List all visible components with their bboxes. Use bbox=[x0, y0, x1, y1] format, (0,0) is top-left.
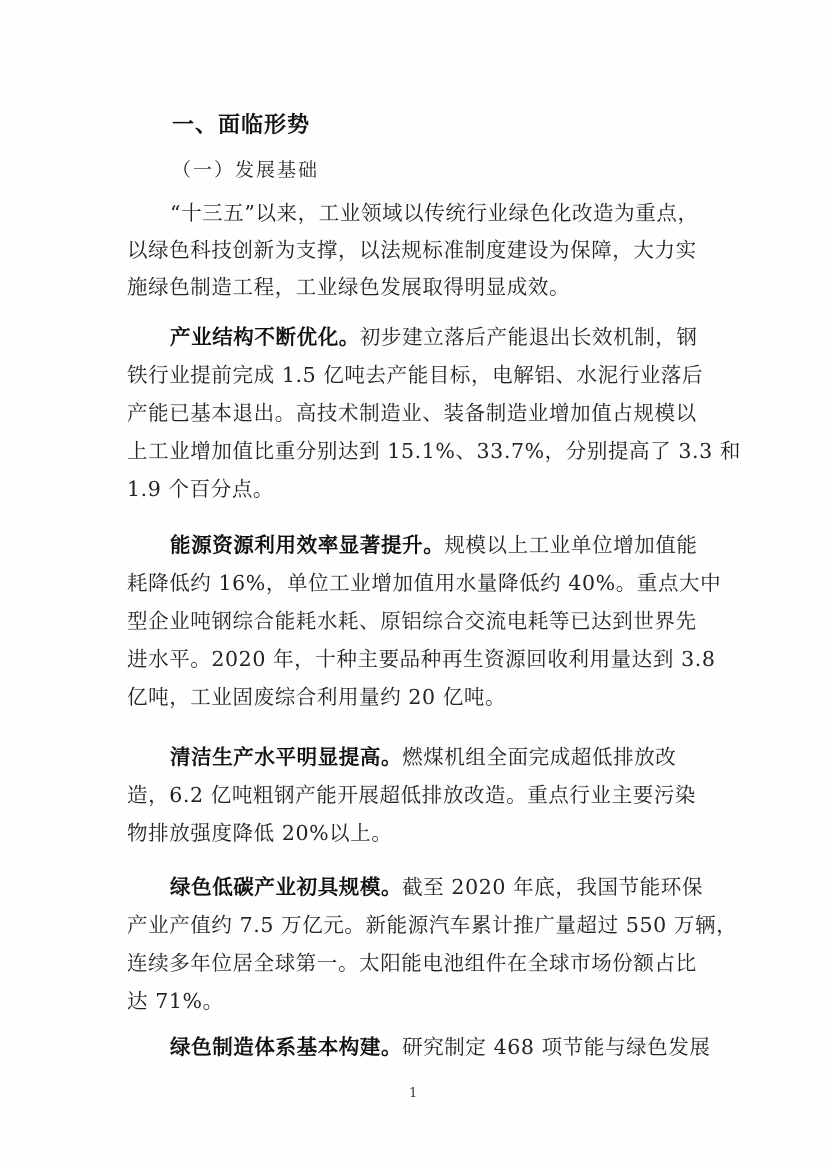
paragraph-line: 造，6.2 亿吨粗钢产能开展超低排放改造。重点行业主要污染 bbox=[127, 778, 707, 808]
paragraph-green-manufacturing: 绿色制造体系基本构建。研究制定 468 项节能与绿色发展 bbox=[170, 1030, 750, 1060]
paragraph-intro-line: 以绿色科技创新为支撑，以法规标准制度建设为保障，大力实 bbox=[127, 233, 707, 263]
paragraph-intro-line: 施绿色制造工程，工业绿色发展取得明显成效。 bbox=[127, 270, 707, 300]
paragraph-line: 达 71%。 bbox=[127, 984, 707, 1014]
paragraph-text: 初步建立落后产能退出长效机制，钢 bbox=[360, 325, 698, 349]
document-page: 一、面临形势 （一）发展基础 “十三五”以来，工业领域以传统行业绿色化改造为重点… bbox=[0, 0, 826, 1169]
paragraph-line: 物排放强度降低 20%以上。 bbox=[127, 816, 707, 846]
paragraph-line: 1.9 个百分点。 bbox=[127, 472, 707, 502]
paragraph-text: 规模以上工业单位增加值能 bbox=[444, 533, 697, 557]
paragraph-line: 产业产值约 7.5 万亿元。新能源汽车累计推广量超过 550 万辆， bbox=[127, 908, 707, 938]
paragraph-line: 进水平。2020 年，十种主要品种再生资源回收利用量达到 3.8 bbox=[127, 642, 707, 672]
paragraph-line: 产能已基本退出。高技术制造业、装备制造业增加值占规模以 bbox=[127, 396, 707, 426]
paragraph-clean-production: 清洁生产水平明显提高。燃煤机组全面完成超低排放改 bbox=[170, 740, 750, 770]
paragraph-line: 耗降低约 16%，单位工业增加值用水量降低约 40%。重点大中 bbox=[127, 566, 707, 596]
paragraph-line: 型企业吨钢综合能耗水耗、原铝综合交流电耗等已达到世界先 bbox=[127, 604, 707, 634]
paragraph-text: 研究制定 468 项节能与绿色发展 bbox=[402, 1035, 710, 1059]
page-number: 1 bbox=[409, 1086, 417, 1101]
paragraph-line: 亿吨，工业固废综合利用量约 20 亿吨。 bbox=[127, 680, 707, 710]
paragraph-text: 截至 2020 年底，我国节能环保 bbox=[402, 875, 703, 899]
paragraph-lead: 产业结构不断优化。 bbox=[170, 325, 360, 349]
paragraph-lead: 清洁生产水平明显提高。 bbox=[170, 745, 402, 769]
paragraph-lead: 能源资源利用效率显著提升。 bbox=[170, 533, 444, 557]
paragraph-text: 燃煤机组全面完成超低排放改 bbox=[402, 745, 676, 769]
paragraph-industry-structure: 产业结构不断优化。初步建立落后产能退出长效机制，钢 bbox=[170, 320, 750, 350]
paragraph-lead: 绿色低碳产业初具规模。 bbox=[170, 875, 402, 899]
paragraph-line: 上工业增加值比重分别达到 15.1%、33.7%，分别提高了 3.3 和 bbox=[127, 434, 707, 464]
paragraph-lead: 绿色制造体系基本构建。 bbox=[170, 1035, 402, 1059]
paragraph-energy-efficiency: 能源资源利用效率显著提升。规模以上工业单位增加值能 bbox=[170, 528, 750, 558]
paragraph-green-industry: 绿色低碳产业初具规模。截至 2020 年底，我国节能环保 bbox=[170, 870, 750, 900]
subsection-heading: （一）发展基础 bbox=[172, 155, 319, 182]
paragraph-intro-line: “十三五”以来，工业领域以传统行业绿色化改造为重点， bbox=[170, 196, 750, 226]
paragraph-line: 连续多年位居全球第一。太阳能电池组件在全球市场份额占比 bbox=[127, 946, 707, 976]
section-heading: 一、面临形势 bbox=[172, 108, 310, 139]
paragraph-line: 铁行业提前完成 1.5 亿吨去产能目标，电解铝、水泥行业落后 bbox=[127, 358, 707, 388]
